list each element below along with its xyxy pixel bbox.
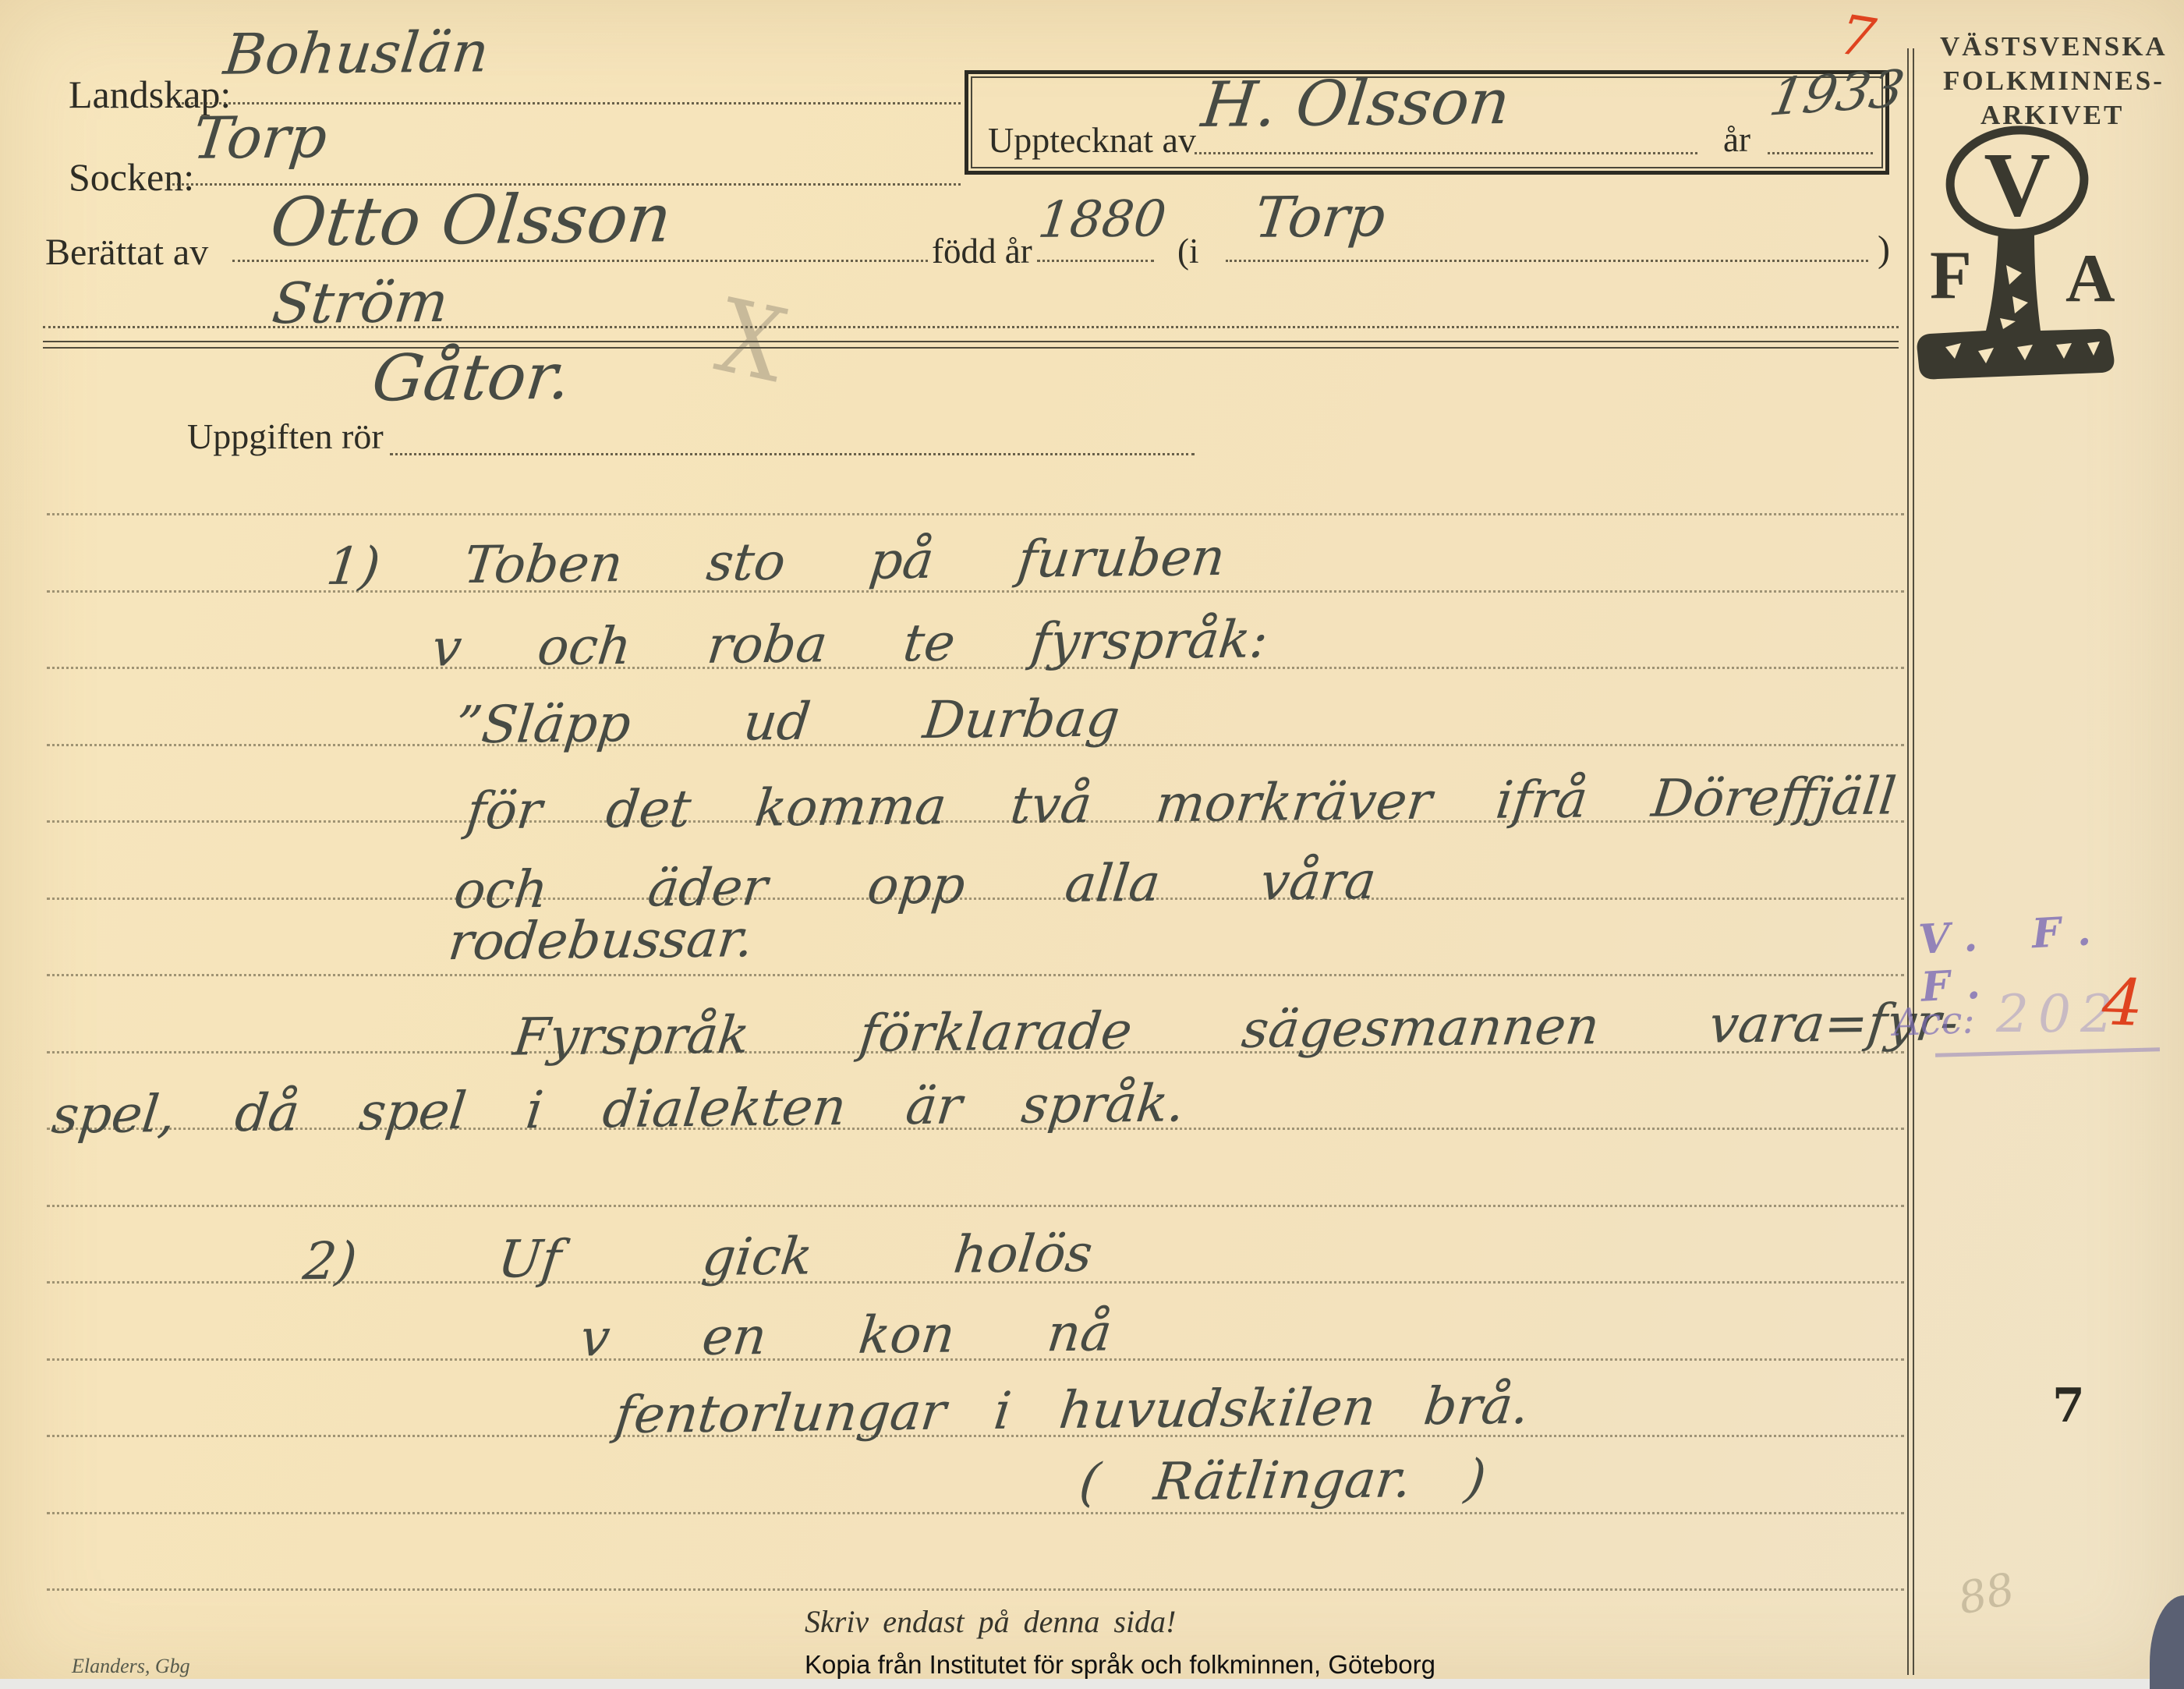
uppgiften-ror-label: Uppgiften rör [187,416,384,457]
header-separator-solid-2 [43,347,1899,349]
subject-value-handwriting: Gåtor. [369,345,573,412]
ruled-dotted-line [47,1512,1904,1514]
faint-pencil-number: 88 [1954,1563,2019,1624]
red-page-number-handwriting: 7 [1836,7,1879,66]
logo-letter-v: V [1984,133,2050,235]
ruled-dotted-line [47,1205,1904,1207]
informant-place-handwriting: Ström [270,274,451,331]
archive-card-scan: Landskap: Bohuslän Socken: Torp Berättat… [0,0,2184,1689]
landskap-value-handwriting: Bohuslän [221,23,492,83]
write-only-this-side-note: Skriv endast på denna sida! [805,1603,1176,1640]
stamp-acc-label: Acc: [1892,998,1976,1045]
record-year-handwriting: 1933 [1766,63,1908,124]
scan-bottom-edge [0,1679,2184,1689]
riddle1-line: och äder opp alla våra rodebussar. [446,855,1379,968]
socken-label: Socken: [69,154,194,200]
explanation-line: Fyrspråk förklarade sägesmannen vara=fyr… [511,997,1961,1063]
upptecknat-label: Upptecknat av [988,119,1196,161]
explanation-line: spel, då spel i dialekten är språk. [49,1078,1187,1141]
scanner-background-corner [2150,1595,2184,1689]
riddle2-line: fentorlungar i huvudskilen brå. [613,1380,1532,1441]
birthplace-close-paren: ) [1878,228,1890,271]
upptecknat-dotted-line [1195,152,1697,154]
logo-letter-f: F [1930,238,1972,313]
header-separator-solid-1 [43,341,1899,342]
riddle1-line: ”Släpp ud Durbag [453,693,1122,752]
header-separator-dotted [43,326,1899,328]
printer-imprint: Elanders, Gbg [72,1655,190,1678]
ar-dotted-line [1768,152,1873,154]
stamp-underline [1935,1047,2160,1057]
riddle2-answer: ( Rätlingar. ) [1077,1453,1488,1508]
birthplace-open-paren: (i [1177,231,1199,271]
birthplace-dotted-line [1226,260,1868,262]
informant-name-handwriting: Otto Olsson [267,185,674,256]
riddle1-line: 1) Toben sto på furuben [324,532,1228,593]
pencil-x-mark: X [707,276,796,405]
ruled-dotted-line [47,513,1904,515]
fodd-dotted-line [1037,260,1154,262]
riddle1-line: för det komma två morkräver ifrå Döreffj… [464,770,1899,837]
riddle1-line: v och roba te fyrspråk: [430,614,1271,674]
fodd-ar-label: född år [932,231,1032,271]
birth-year-handwriting: 1880 [1035,194,1168,246]
stamp-red-digit: 4 [2101,971,2144,1036]
socken-value-handwriting: Torp [190,108,330,168]
subject-dotted-line [390,453,1195,455]
sidebar-page-number: 7 [2052,1379,2085,1433]
recorder-name-handwriting: H. Olsson [1198,71,1513,136]
riddle2-line: 2) Uf gick holös [301,1228,1096,1288]
digital-copy-note: Kopia från Institutet för språk och folk… [805,1650,1435,1680]
upptecknat-box: Upptecknat av H. Olsson år 1933 [965,70,1889,175]
riddle2-line: v en kon nå [578,1307,1114,1364]
archive-name-line1: VÄSTSVENSKA [1940,31,2168,62]
berattat-av-label: Berättat av [45,231,208,274]
ar-label: år [1723,119,1750,160]
ruled-dotted-line [47,1588,1904,1591]
logo-letter-a: A [2065,241,2115,317]
ruled-dotted-line [47,974,1904,976]
birthplace-handwriting: Torp [1252,188,1389,246]
vfa-thor-hammer-logo: V F A [1906,115,2164,412]
archive-name-line2: FOLKMINNES- [1943,66,2165,97]
